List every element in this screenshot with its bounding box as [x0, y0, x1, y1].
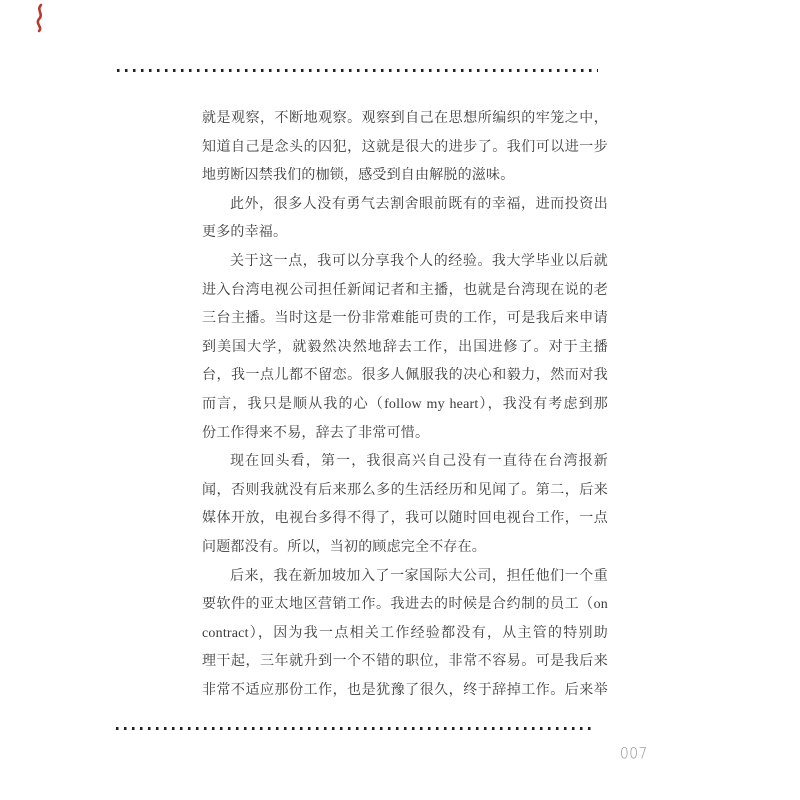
body-text: 就是观察，不断地观察。观察到自己在思想所编织的牢笼之中，知道自己是念头的囚犯，这…: [202, 105, 608, 705]
text-line: 份工作得来不易，辞去了非常可惜。: [202, 420, 608, 449]
text-line: 更多的幸福。: [202, 219, 608, 248]
red-brush-mark-icon: [33, 3, 47, 33]
text-line: contract），因为我一点相关工作经验都没有，从主管的特别助: [202, 620, 608, 649]
text-line: 媒体开放，电视台多得不得了，我可以随时回电视台工作，一点: [202, 505, 608, 534]
text-line: 进入台湾电视公司担任新闻记者和主播，也就是台湾现在说的老: [202, 277, 608, 306]
book-page: 就是观察，不断地观察。观察到自己在思想所编织的牢笼之中，知道自己是念头的囚犯，这…: [0, 0, 800, 800]
text-line: 到美国大学，就毅然决然地辞去工作，出国进修了。对于主播: [202, 334, 608, 363]
text-line: 问题都没有。所以，当初的顾虑完全不存在。: [202, 534, 608, 563]
text-line: 三台主播。当时这是一份非常难能可贵的工作，可是我后来申请: [202, 305, 608, 334]
text-line: 非常不适应那份工作，也是犹豫了很久，终于辞掉工作。后来举: [202, 677, 608, 706]
text-line: 现在回头看，第一，我很高兴自己没有一直待在台湾报新: [202, 448, 608, 477]
text-line: 知道自己是念头的囚犯，这就是很大的进步了。我们可以进一步: [202, 134, 608, 163]
text-line: 要软件的亚太地区营销工作。我进去的时候是合约制的员工（on: [202, 591, 608, 620]
text-line: 理干起，三年就升到一个不错的职位，非常不容易。可是我后来: [202, 648, 608, 677]
page-number: 007: [620, 744, 648, 763]
text-line: 而言，我只是顺从我的心（follow my heart），我没有考虑到那: [202, 391, 608, 420]
top-dotted-rule: [117, 69, 598, 72]
bottom-dotted-rule: [116, 727, 594, 730]
text-line: 闻，否则我就没有后来那么多的生活经历和见闻了。第二，后来: [202, 477, 608, 506]
text-line: 此外，很多人没有勇气去割舍眼前既有的幸福，进而投资出: [202, 191, 608, 220]
text-line: 后来，我在新加坡加入了一家国际大公司，担任他们一个重: [202, 563, 608, 592]
text-line: 台，我一点儿都不留恋。很多人佩服我的决心和毅力，然而对我: [202, 362, 608, 391]
text-line: 就是观察，不断地观察。观察到自己在思想所编织的牢笼之中，: [202, 105, 608, 134]
text-line: 关于这一点，我可以分享我个人的经验。我大学毕业以后就: [202, 248, 608, 277]
text-line: 地剪断囚禁我们的枷锁，感受到自由解脱的滋味。: [202, 162, 608, 191]
